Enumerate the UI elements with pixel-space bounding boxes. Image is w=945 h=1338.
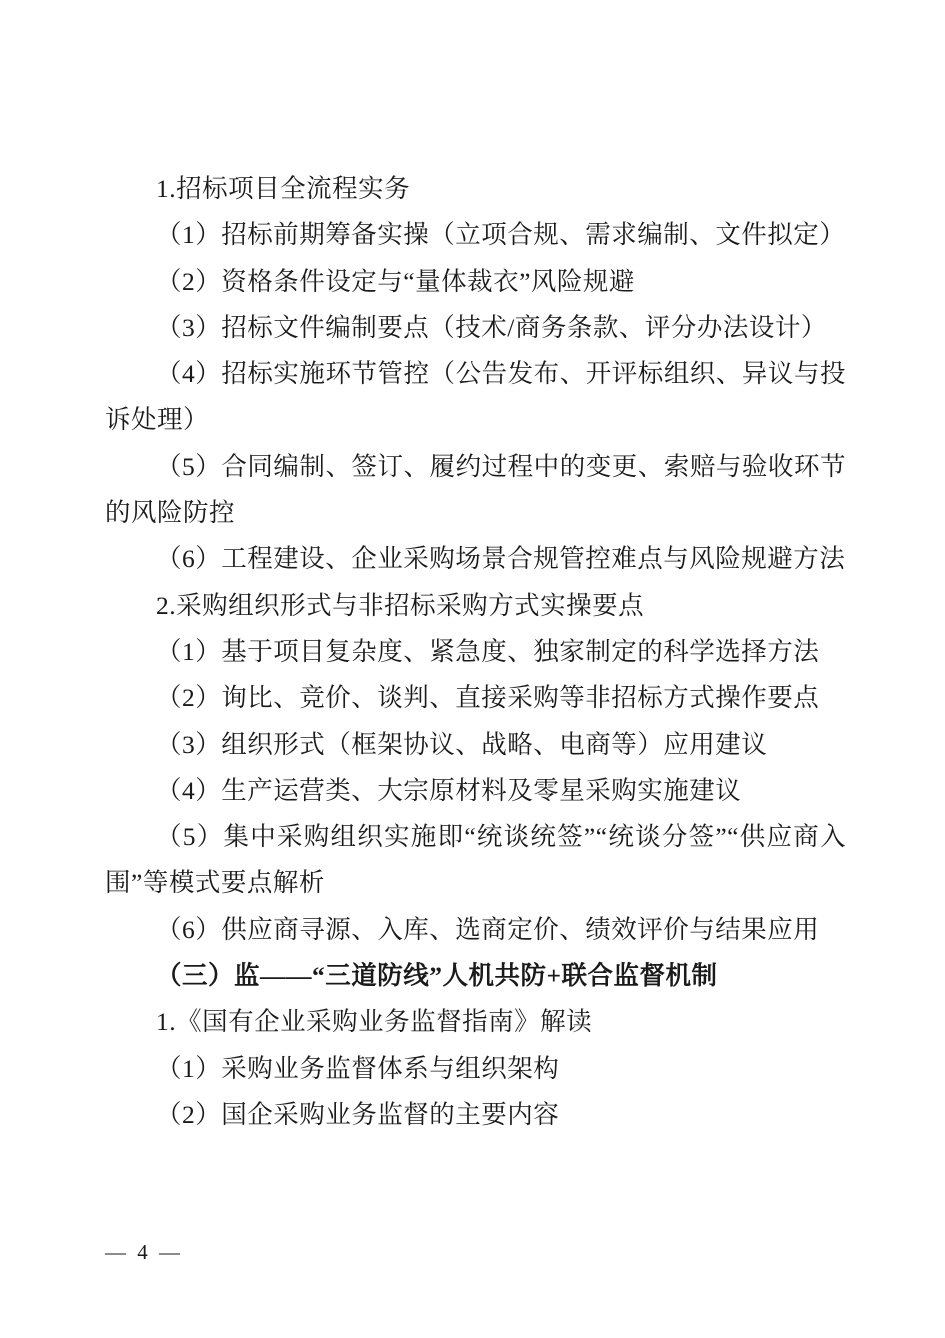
section-heading: （三）监——“三道防线”人机共防+联合监督机制 xyxy=(105,953,846,999)
outline-item: （4）招标实施环节管控（公告发布、开评标组织、异议与投诉处理） xyxy=(105,351,846,444)
outline-item: （2）资格条件设定与“量体裁衣”风险规避 xyxy=(105,259,846,305)
numbered-item-heading: 1.招标项目全流程实务 xyxy=(105,166,846,212)
outline-item: （2）国企采购业务监督的主要内容 xyxy=(105,1092,846,1138)
outline-item: （1）基于项目复杂度、紧急度、独家制定的科学选择方法 xyxy=(105,629,846,675)
outline-item: （4）生产运营类、大宗原材料及零星采购实施建议 xyxy=(105,768,846,814)
outline-item: （6）工程建设、企业采购场景合规管控难点与风险规避方法 xyxy=(105,536,846,582)
outline-item: （3）组织形式（框架协议、战略、电商等）应用建议 xyxy=(105,722,846,768)
page-number: — 4 — xyxy=(105,1240,183,1265)
outline-item: （2）询比、竞价、谈判、直接采购等非招标方式操作要点 xyxy=(105,675,846,721)
outline-item: （5）集中采购组织实施即“统谈统签”“统谈分签”“供应商入围”等模式要点解析 xyxy=(105,814,846,907)
outline-item: （1）招标前期筹备实操（立项合规、需求编制、文件拟定） xyxy=(105,212,846,258)
document-body: 1.招标项目全流程实务 （1）招标前期筹备实操（立项合规、需求编制、文件拟定） … xyxy=(105,166,846,1138)
outline-item: （5）合同编制、签订、履约过程中的变更、索赔与验收环节的风险防控 xyxy=(105,444,846,537)
outline-item: （6）供应商寻源、入库、选商定价、绩效评价与结果应用 xyxy=(105,907,846,953)
outline-item: （1）采购业务监督体系与组织架构 xyxy=(105,1046,846,1092)
document-page: 1.招标项目全流程实务 （1）招标前期筹备实操（立项合规、需求编制、文件拟定） … xyxy=(0,0,945,1338)
numbered-item-heading: 2.采购组织形式与非招标采购方式实操要点 xyxy=(105,583,846,629)
outline-item: （3）招标文件编制要点（技术/商务条款、评分办法设计） xyxy=(105,305,846,351)
numbered-item-heading: 1.《国有企业采购业务监督指南》解读 xyxy=(105,999,846,1045)
